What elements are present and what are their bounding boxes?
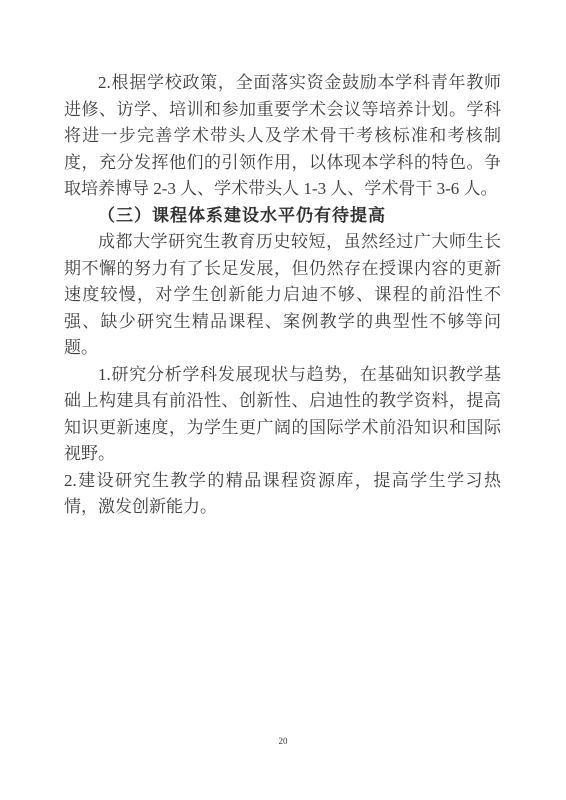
section-heading-curriculum: （三）课程体系建设水平仍有待提高 <box>64 203 501 230</box>
paragraph-curriculum-problems: 成都大学研究生教育历史较短，虽然经过广大师生长期不懈的努力有了长足发展，但仍然存… <box>64 229 501 362</box>
paragraph-item-2-course-library: 2.建设研究生教学的精品课程资源库，提高学生学习热情，激发创新能力。 <box>64 468 501 521</box>
document-page: 2.根据学校政策，全面落实资金鼓励本学科青年教师进修、访学、培训和参加重要学术会… <box>0 0 566 800</box>
page-footer: 20 <box>0 731 566 749</box>
document-body: 2.根据学校政策，全面落实资金鼓励本学科青年教师进修、访学、培训和参加重要学术会… <box>64 70 501 521</box>
paragraph-teacher-training: 2.根据学校政策，全面落实资金鼓励本学科青年教师进修、访学、培训和参加重要学术会… <box>64 70 501 203</box>
page-number: 20 <box>279 736 288 746</box>
paragraph-item-1-research: 1.研究分析学科发展现状与趋势，在基础知识教学基础上构建具有前沿性、创新性、启迪… <box>64 362 501 468</box>
